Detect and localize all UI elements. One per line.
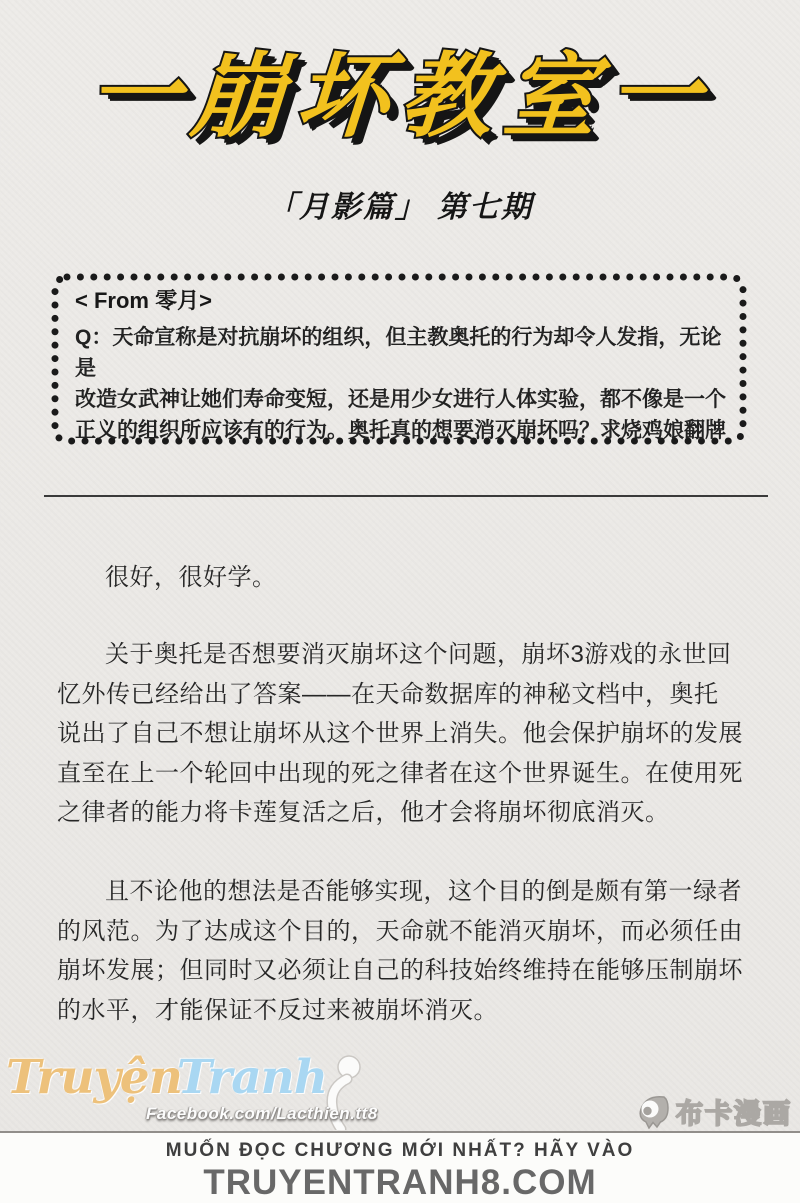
truyentranh-watermark-part1: Truyện xyxy=(6,1050,182,1105)
buka-mascot-icon xyxy=(636,1094,671,1129)
comic-page: 一崩坏教室一 「月影篇」 第七期 < From 零月> Q：天命宣称是对抗崩坏的… xyxy=(0,0,800,1203)
section-divider xyxy=(44,495,768,497)
page-subtitle: 「月影篇」 第七期 xyxy=(0,182,800,226)
answer-paragraph-2: 关于奥托是否想要消灭崩坏这个问题，崩坏3游戏的永世回 忆外传已经给出了答案——在… xyxy=(57,635,762,833)
buka-label: 布卡漫画 xyxy=(676,1092,792,1131)
question-box: < From 零月> Q：天命宣称是对抗崩坏的组织，但主教奥托的行为却令人发指，… xyxy=(50,272,748,446)
from-label: < From 零月> xyxy=(75,284,212,315)
question-text: Q：天命宣称是对抗崩坏的组织，但主教奥托的行为却令人发指，无论是 改造女武神让她… xyxy=(75,322,735,446)
footer: MUỐN ĐỌC CHƯƠNG MỚI NHẤT? HÃY VÀO TRUYEN… xyxy=(0,1131,800,1203)
answer-paragraph-1: 很好，很好学。 xyxy=(57,558,762,598)
page-title: 一崩坏教室一 xyxy=(0,38,800,158)
facebook-watermark: Facebook.com/Lacthien.tt8 xyxy=(146,1104,378,1124)
buka-logo: 布卡漫画 xyxy=(636,1092,792,1131)
truyentranh-watermark: TruyệnTranh xyxy=(6,1050,327,1105)
answer-paragraph-3: 且不论他的想法是否能够实现，这个目的倒是颇有第一绿者 的风范。为了达成这个目的，… xyxy=(57,872,762,1030)
footer-site-url: TRUYENTRANH8.COM xyxy=(0,1163,800,1203)
footer-note: MUỐN ĐỌC CHƯƠNG MỚI NHẤT? HÃY VÀO xyxy=(0,1140,800,1162)
truyentranh-watermark-part2: Tranh xyxy=(177,1050,327,1105)
